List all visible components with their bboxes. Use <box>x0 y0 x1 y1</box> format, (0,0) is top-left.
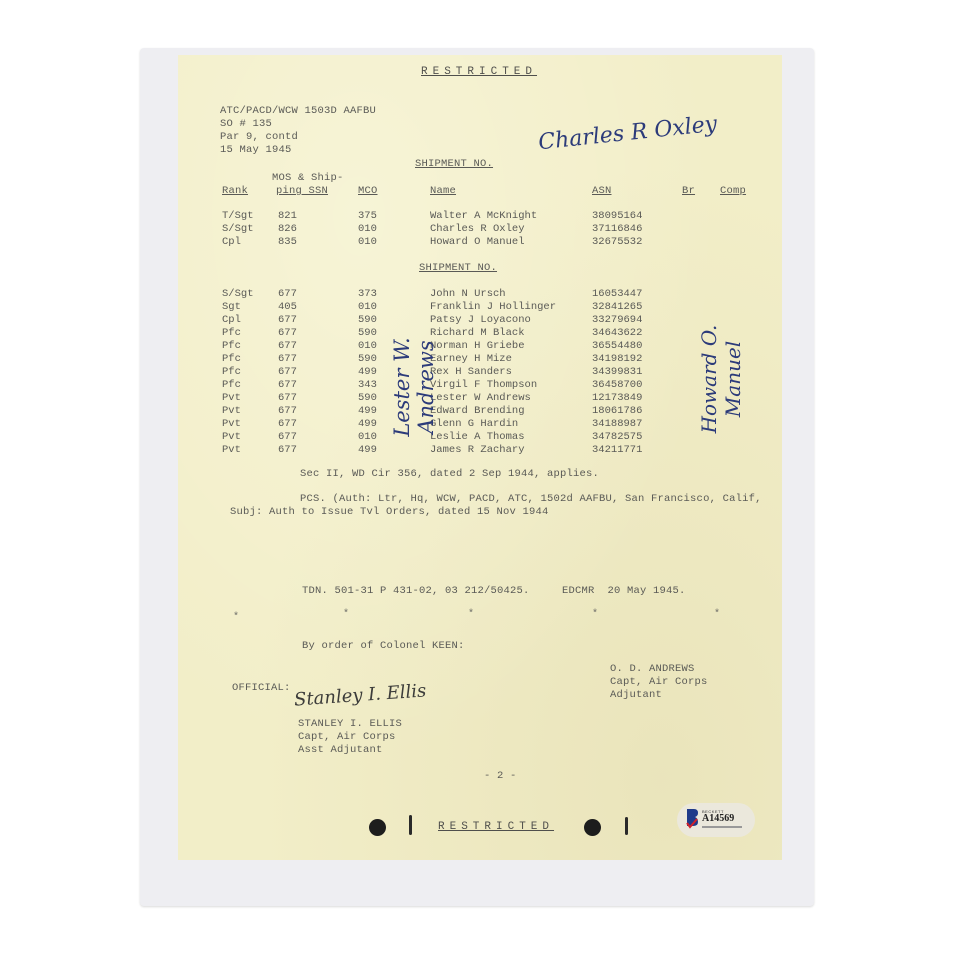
punch-hole-left <box>369 819 386 836</box>
cell-mco: 499 <box>358 444 377 457</box>
separator-star: * <box>714 609 720 620</box>
asst-adjutant-role: Asst Adjutant <box>298 744 383 757</box>
cell-mos: 677 <box>278 431 297 444</box>
header-order: SO # 135 <box>220 118 272 131</box>
cell-mco: 590 <box>358 327 377 340</box>
adjutant-name: O. D. ANDREWS <box>610 663 695 676</box>
cell-rank: Cpl <box>222 236 241 249</box>
table-row: Pvt 677 010 Leslie A Thomas 34782575 <box>178 431 782 444</box>
col-header-mos-line2: ping SSN <box>276 185 328 198</box>
col-header-comp: Comp <box>720 185 746 198</box>
col-header-name: Name <box>430 185 456 198</box>
separator-star: * <box>468 609 474 620</box>
table-row: Sgt 405 010 Franklin J Hollinger 3284126… <box>178 301 782 314</box>
beckett-logo-icon <box>685 808 699 830</box>
cell-asn: 34643622 <box>592 327 642 340</box>
table-row: Pfc 677 499 Rex H Sanders 34399831 <box>178 366 782 379</box>
authentication-sticker: BECKETT A14569 <box>677 803 755 837</box>
cell-mos: 677 <box>278 379 297 392</box>
cell-asn: 36554480 <box>592 340 642 353</box>
cell-name: Walter A McKnight <box>430 210 537 223</box>
paragraph-tdn: TDN. 501-31 P 431-02, 03 212/50425. EDCM… <box>302 585 686 598</box>
header-date: 15 May 1945 <box>220 144 292 157</box>
cell-mos: 677 <box>278 327 297 340</box>
cell-asn: 37116846 <box>592 223 642 236</box>
cell-asn: 34211771 <box>592 444 642 457</box>
binding-mark-left <box>409 815 412 835</box>
cell-rank: Sgt <box>222 301 241 314</box>
cell-mos: 835 <box>278 236 297 249</box>
cell-asn: 34198192 <box>592 353 642 366</box>
col-header-mos-line1: MOS & Ship- <box>272 172 344 185</box>
cell-asn: 34782575 <box>592 431 642 444</box>
cell-name: Edward Brending <box>430 405 525 418</box>
cell-name: Charles R Oxley <box>430 223 525 236</box>
cell-name: Glenn G Hardin <box>430 418 518 431</box>
autograph-charles-oxley: Charles R Oxley <box>537 112 718 156</box>
table-row: Pfc 677 590 Earney H Mize 34198192 <box>178 353 782 366</box>
cell-rank: Pfc <box>222 353 241 366</box>
cell-mos: 677 <box>278 418 297 431</box>
cell-mco: 373 <box>358 288 377 301</box>
table-row: Pvt 677 499 James R Zachary 34211771 <box>178 444 782 457</box>
separator-star: * <box>343 609 349 620</box>
cell-mco: 010 <box>358 431 377 444</box>
classification-top: RESTRICTED <box>421 66 537 79</box>
sticker-serial: A14569 <box>702 813 734 824</box>
cell-rank: Pvt <box>222 431 241 444</box>
cell-name: Earney H Mize <box>430 353 512 366</box>
autograph-stanley-ellis: Stanley I. Ellis <box>293 680 427 710</box>
sticker-subtext-line <box>702 826 742 828</box>
shipment-label-1: SHIPMENT NO. <box>415 158 493 171</box>
table-row: Pvt 677 499 Glenn G Hardin 34188987 <box>178 418 782 431</box>
col-header-br: Br <box>682 185 695 198</box>
cell-rank: Pfc <box>222 327 241 340</box>
cell-name: Lester W Andrews <box>430 392 531 405</box>
paragraph-sec: Sec II, WD Cir 356, dated 2 Sep 1944, ap… <box>300 468 599 481</box>
cell-mco: 375 <box>358 210 377 223</box>
cell-asn: 34399831 <box>592 366 642 379</box>
cell-rank: Cpl <box>222 314 241 327</box>
table-row: Pvt 677 590 Lester W Andrews 12173849 <box>178 392 782 405</box>
cell-name: Virgil F Thompson <box>430 379 537 392</box>
table-row: Pfc 677 590 Richard M Black 34643622 <box>178 327 782 340</box>
cell-mos: 677 <box>278 340 297 353</box>
cell-asn: 16053447 <box>592 288 642 301</box>
cell-name: John N Ursch <box>430 288 506 301</box>
cell-asn: 33279694 <box>592 314 642 327</box>
cell-rank: Pvt <box>222 444 241 457</box>
table-row: Cpl 677 590 Patsy J Loyacono 33279694 <box>178 314 782 327</box>
cell-mos: 405 <box>278 301 297 314</box>
col-header-asn: ASN <box>592 185 612 198</box>
cell-mco: 010 <box>358 301 377 314</box>
col-header-mco: MCO <box>358 185 378 198</box>
punch-hole-right <box>584 819 601 836</box>
cell-name: Leslie A Thomas <box>430 431 525 444</box>
asst-adjutant-name: STANLEY I. ELLIS <box>298 718 402 731</box>
cell-mos: 677 <box>278 314 297 327</box>
table-row: Pvt 677 499 Edward Brending 18061786 <box>178 405 782 418</box>
asst-adjutant-title: Capt, Air Corps <box>298 731 396 744</box>
autograph-howard-manuel: Howard O. Manuel <box>697 284 745 474</box>
cell-asn: 32675532 <box>592 236 642 249</box>
paragraph-pcs-line2: Subj: Auth to Issue Tvl Orders, dated 15… <box>230 506 549 519</box>
cell-rank: S/Sgt <box>222 223 254 236</box>
cell-asn: 32841265 <box>592 301 642 314</box>
header-unit: ATC/PACD/WCW 1503D AAFBU <box>220 105 376 118</box>
cell-mco: 010 <box>358 236 377 249</box>
cell-mos: 826 <box>278 223 297 236</box>
cell-mco: 499 <box>358 418 377 431</box>
cell-mco: 343 <box>358 379 377 392</box>
header-paragraph: Par 9, contd <box>220 131 298 144</box>
table-row: Pfc 677 010 Norman H Griebe 36554480 <box>178 340 782 353</box>
by-order-line: By order of Colonel KEEN: <box>302 640 465 653</box>
binding-mark-right <box>625 817 628 835</box>
cell-mos: 677 <box>278 392 297 405</box>
table-row: S/Sgt 677 373 John N Ursch 16053447 <box>178 288 782 301</box>
cell-asn: 38095164 <box>592 210 642 223</box>
cell-name: Franklin J Hollinger <box>430 301 556 314</box>
adjutant-title: Capt, Air Corps <box>610 676 708 689</box>
separator-star: * <box>233 612 239 623</box>
cell-mos: 677 <box>278 366 297 379</box>
cell-name: Howard O Manuel <box>430 236 525 249</box>
cell-rank: Pvt <box>222 418 241 431</box>
official-label: OFFICIAL: <box>232 682 291 695</box>
cell-name: James R Zachary <box>430 444 525 457</box>
cell-mco: 499 <box>358 405 377 418</box>
adjutant-role: Adjutant <box>610 689 662 702</box>
cell-name: Norman H Griebe <box>430 340 525 353</box>
table-row: S/Sgt 826 010 Charles R Oxley 37116846 <box>178 223 782 236</box>
cell-rank: Pvt <box>222 405 241 418</box>
cell-rank: Pfc <box>222 340 241 353</box>
cell-rank: Pfc <box>222 366 241 379</box>
cell-mco: 010 <box>358 340 377 353</box>
page-number: - 2 - <box>484 770 517 783</box>
cell-rank: T/Sgt <box>222 210 254 223</box>
cell-mco: 010 <box>358 223 377 236</box>
cell-mco: 590 <box>358 353 377 366</box>
document-page: RESTRICTED ATC/PACD/WCW 1503D AAFBU SO #… <box>178 55 782 860</box>
col-header-rank: Rank <box>222 185 248 198</box>
cell-asn: 36458700 <box>592 379 642 392</box>
cell-asn: 12173849 <box>592 392 642 405</box>
cell-rank: Pvt <box>222 392 241 405</box>
table-row: Cpl 835 010 Howard O Manuel 32675532 <box>178 236 782 249</box>
cell-mos: 677 <box>278 444 297 457</box>
cell-mos: 821 <box>278 210 297 223</box>
table-row: Pfc 677 343 Virgil F Thompson 36458700 <box>178 379 782 392</box>
shipment-label-2: SHIPMENT NO. <box>419 262 497 275</box>
cell-mos: 677 <box>278 405 297 418</box>
cell-mco: 499 <box>358 366 377 379</box>
cell-mco: 590 <box>358 392 377 405</box>
separator-star: * <box>592 609 598 620</box>
cell-mos: 677 <box>278 353 297 366</box>
cell-name: Richard M Black <box>430 327 525 340</box>
cell-mos: 677 <box>278 288 297 301</box>
cell-asn: 34188987 <box>592 418 642 431</box>
autograph-lester-andrews: Lester W. Andrews <box>390 297 438 477</box>
classification-bottom: RESTRICTED <box>438 821 554 834</box>
cell-asn: 18061786 <box>592 405 642 418</box>
table-row: T/Sgt 821 375 Walter A McKnight 38095164 <box>178 210 782 223</box>
cell-rank: Pfc <box>222 379 241 392</box>
cell-name: Rex H Sanders <box>430 366 512 379</box>
cell-name: Patsy J Loyacono <box>430 314 531 327</box>
cell-rank: S/Sgt <box>222 288 254 301</box>
cell-mco: 590 <box>358 314 377 327</box>
paragraph-pcs-line1: PCS. (Auth: Ltr, Hq, WCW, PACD, ATC, 150… <box>300 493 762 506</box>
